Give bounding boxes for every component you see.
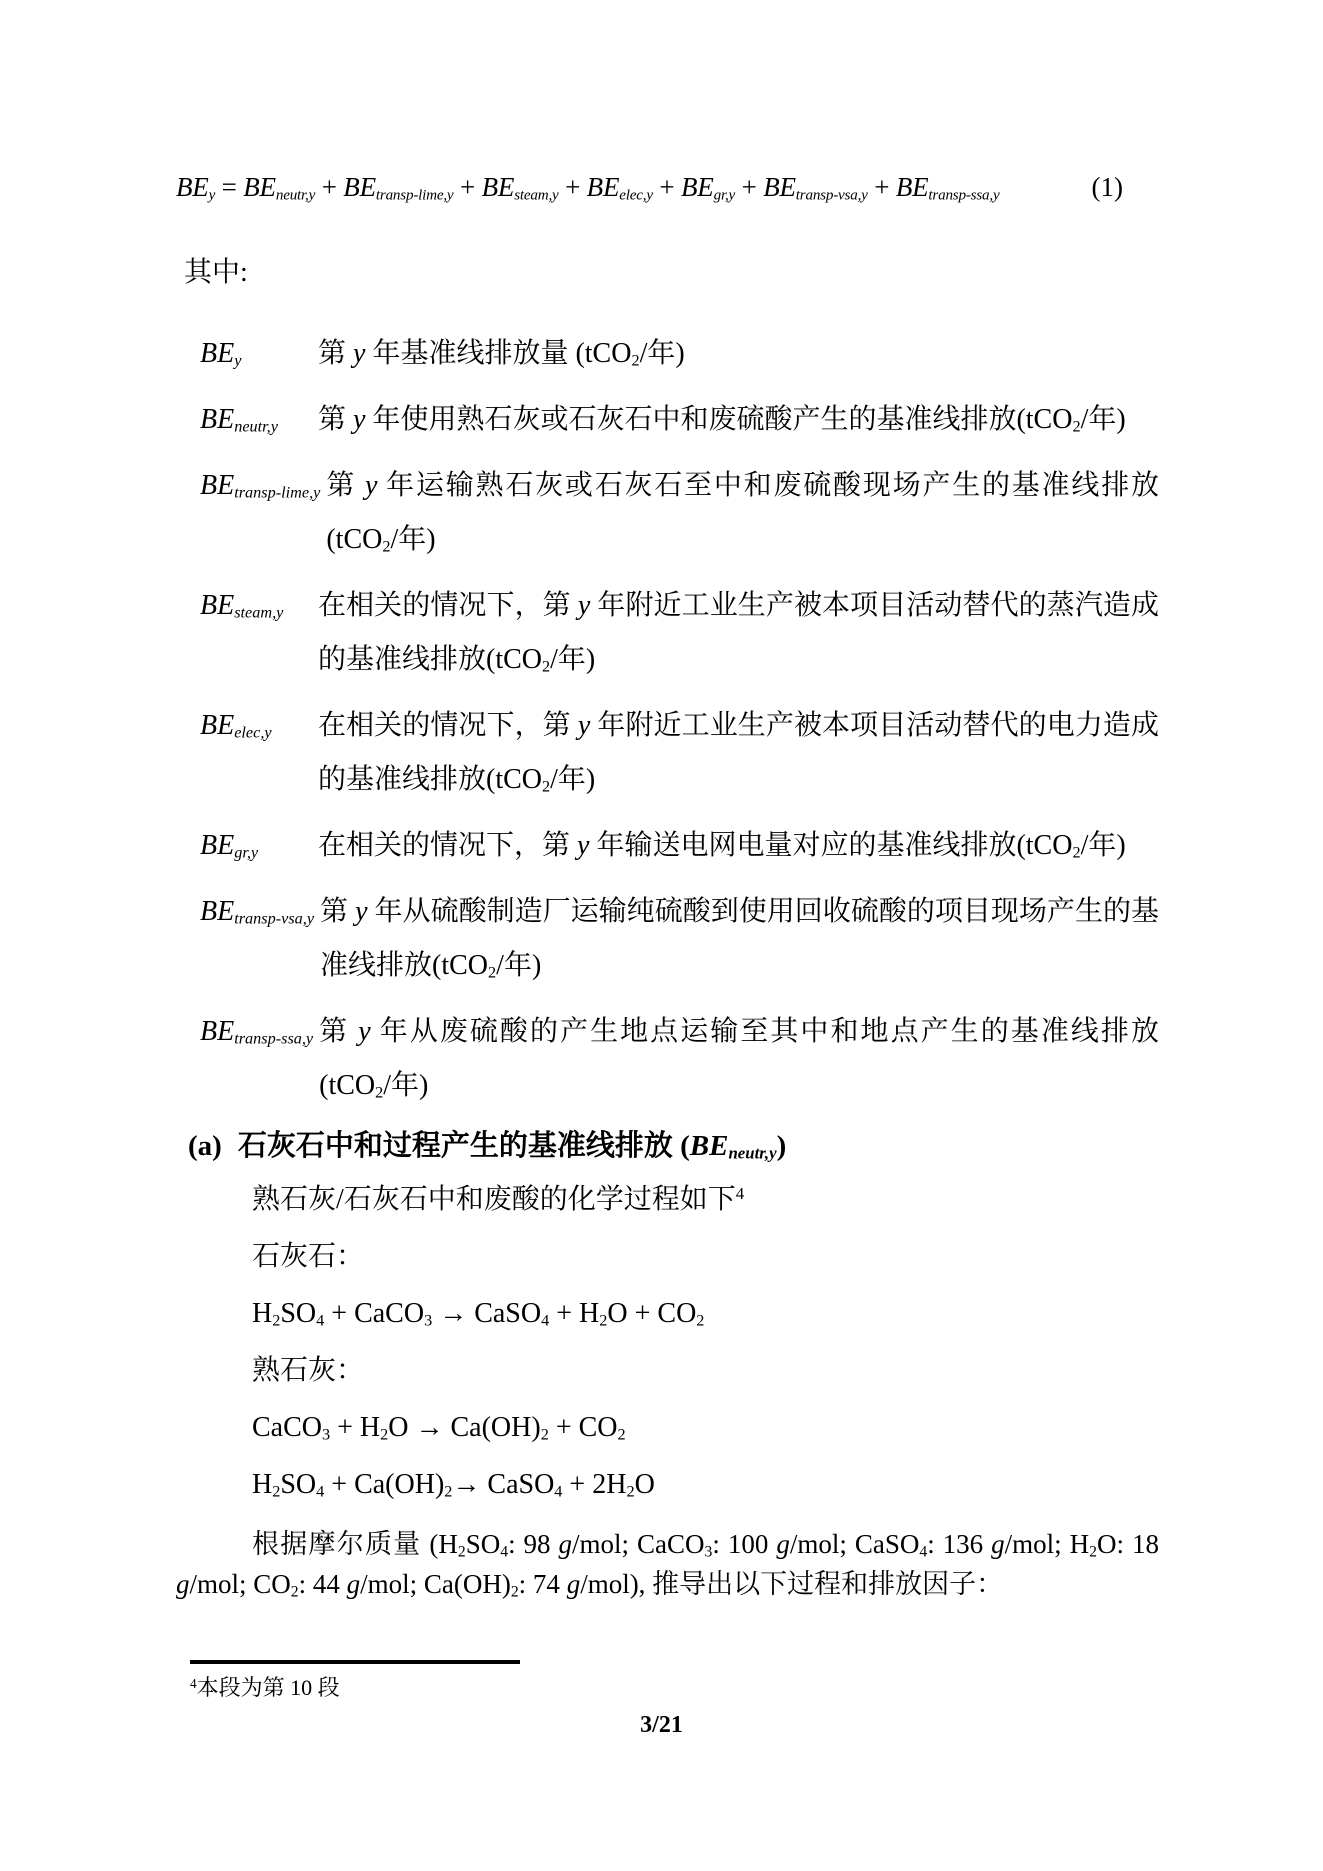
- definition-row-BEneutr: BEneutr,y 第 y 年使用熟石灰或石灰石中和废硫酸产生的基准线排放(tC…: [200, 393, 1159, 447]
- definition-term: BEgr,y: [200, 819, 318, 873]
- document-page: BEy = BEneutr,y + BEtransp-lime,y + BEst…: [0, 0, 1323, 1871]
- definition-description: 在相关的情况下，第 y 年输送电网电量对应的基准线排放(tCO2/年): [318, 819, 1159, 873]
- definition-description: 在相关的情况下，第 y 年附近工业生产被本项目活动替代的蒸汽造成的基准线排放(t…: [318, 579, 1159, 687]
- definition-row-BEy: BEy 第 y 年基准线排放量 (tCO2/年): [200, 327, 1159, 381]
- limestone-label: 石灰石：: [252, 1239, 1159, 1275]
- definition-term: BEtransp-lime,y: [200, 459, 326, 567]
- equation-number: (1): [1092, 172, 1123, 203]
- definition-row-BEtransp-ssa: BEtransp-ssa,y 第 y 年从废硫酸的产生地点运输至其中和地点产生的…: [200, 1005, 1159, 1113]
- definition-row-BEtransp-lime: BEtransp-lime,y 第 y 年运输熟石灰或石灰石至中和废硫酸现场产生…: [200, 459, 1159, 567]
- definition-list: BEy 第 y 年基准线排放量 (tCO2/年) BEneutr,y 第 y 年…: [176, 327, 1159, 1113]
- equation-formula: BEy = BEneutr,y + BEtransp-lime,y + BEst…: [176, 172, 999, 203]
- definition-description: 在相关的情况下，第 y 年附近工业生产被本项目活动替代的电力造成的基准线排放(t…: [318, 699, 1159, 807]
- footnote-text: 4本段为第 10 段: [190, 1674, 340, 1702]
- definition-term: BEsteam,y: [200, 579, 318, 687]
- definition-row-BEelec: BEelec,y 在相关的情况下，第 y 年附近工业生产被本项目活动替代的电力造…: [200, 699, 1159, 807]
- slaked-lime-reaction-equation-2: H2SO4 + Ca(OH)2→ CaSO4 + 2H2O: [252, 1467, 1159, 1503]
- slaked-lime-reaction-equation-1: CaCO3 + H2O → Ca(OH)2 + CO2: [252, 1410, 1159, 1446]
- section-a-label: (a): [188, 1125, 222, 1167]
- definition-description: 第 y 年运输熟石灰或石灰石至中和废硫酸现场产生的基准线排放(tCO2/年): [326, 459, 1159, 567]
- definition-term: BEtransp-ssa,y: [200, 1005, 319, 1113]
- section-a-heading: (a) 石灰石中和过程产生的基准线排放 (BEneutr,y): [188, 1125, 1159, 1167]
- where-label: 其中:: [184, 256, 1159, 290]
- definition-term: BEy: [200, 327, 318, 381]
- definition-term: BEtransp-vsa,y: [200, 885, 320, 993]
- molar-mass-paragraph: 根据摩尔质量 (H2SO4: 98 g/mol; CaCO3: 100 g/mo…: [176, 1524, 1159, 1604]
- page-number: 3/21: [0, 1712, 1323, 1739]
- definition-description: 第 y 年从硫酸制造厂运输纯硫酸到使用回收硫酸的项目现场产生的基准线排放(tCO…: [320, 885, 1159, 993]
- footnote-divider: [190, 1660, 520, 1664]
- definition-description: 第 y 年从废硫酸的产生地点运输至其中和地点产生的基准线排放(tCO2/年): [319, 1005, 1159, 1113]
- definition-row-BEtransp-vsa: BEtransp-vsa,y 第 y 年从硫酸制造厂运输纯硫酸到使用回收硫酸的项…: [200, 885, 1159, 993]
- definition-description: 第 y 年使用熟石灰或石灰石中和废硫酸产生的基准线排放(tCO2/年): [318, 393, 1159, 447]
- definition-term: BEelec,y: [200, 699, 318, 807]
- definition-row-BEsteam: BEsteam,y 在相关的情况下，第 y 年附近工业生产被本项目活动替代的蒸汽…: [200, 579, 1159, 687]
- slaked-lime-label: 熟石灰：: [252, 1353, 1159, 1389]
- section-a-body: 熟石灰/石灰石中和废酸的化学过程如下4 石灰石： H2SO4 + CaCO3 →…: [176, 1182, 1159, 1604]
- definition-description: 第 y 年基准线排放量 (tCO2/年): [318, 327, 1159, 381]
- chemical-process-intro: 熟石灰/石灰石中和废酸的化学过程如下4: [252, 1182, 1159, 1218]
- section-a-title: 石灰石中和过程产生的基准线排放 (BEneutr,y): [238, 1125, 786, 1167]
- definition-row-BEgr: BEgr,y 在相关的情况下，第 y 年输送电网电量对应的基准线排放(tCO2/…: [200, 819, 1159, 873]
- definition-term: BEneutr,y: [200, 393, 318, 447]
- baseline-emissions-equation-row: BEy = BEneutr,y + BEtransp-lime,y + BEst…: [176, 172, 1159, 218]
- limestone-reaction-equation: H2SO4 + CaCO3 → CaSO4 + H2O + CO2: [252, 1296, 1159, 1332]
